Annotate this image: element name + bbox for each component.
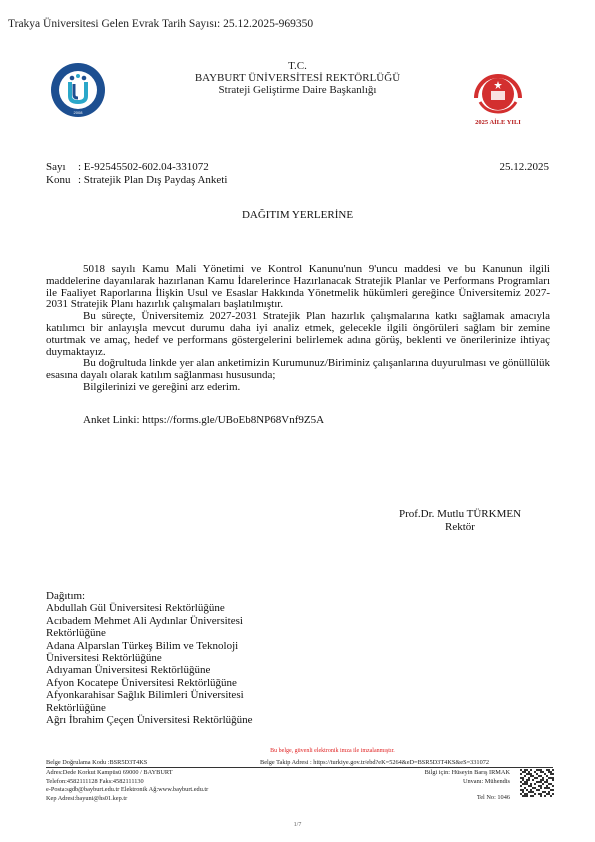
tc-label: T.C. (150, 60, 445, 72)
distribution-item: Acıbadem Mehmet Ali Aydınlar Üniversites… (46, 615, 281, 640)
family-year-logo: 2025 AİLE YILI (466, 64, 530, 128)
body-paragraph: Bu süreçte, Üniversitemiz 2027-2031 Stra… (46, 311, 550, 358)
footer-contact-person: Bilgi için: Hüseyin Barış IRMAK Unvanı: … (380, 769, 510, 803)
bayburt-university-logo: 2008 (50, 62, 106, 118)
distribution-label: Dağıtım: (46, 590, 281, 602)
footer-phone: Telefon:4582111128 Faks:4582111130 (46, 778, 208, 787)
body-paragraph: 5018 sayılı Kamu Mali Yönetimi ve Kontro… (46, 264, 550, 311)
svg-text:2008: 2008 (74, 110, 84, 115)
svg-text:2025 AİLE YILI: 2025 AİLE YILI (475, 119, 521, 126)
signatory-title: Rektör (380, 521, 540, 534)
e-signature-notice: Bu belge, güvenli elektronik imza ile im… (0, 748, 595, 754)
footer-kep: Kep Adresi:bayuni@hs01.kep.tr (46, 795, 208, 804)
body-paragraph: Bilgilerinizi ve gereğini arz ederim. (46, 382, 550, 394)
verification-code: Belge Doğrulama Kodu :BSR5D3T4KS (46, 759, 147, 766)
document-subject: : Stratejik Plan Dış Paydaş Anketi (78, 174, 227, 186)
footer-email: e-Posta:sgdb@bayburt.edu.tr Elektronik A… (46, 786, 208, 795)
document-number: : E-92545502-602.04-331072 (78, 161, 209, 173)
body-paragraph: Bu doğrultuda linkde yer alan anketimizi… (46, 358, 550, 382)
signatory-name: Prof.Dr. Mutlu TÜRKMEN (380, 508, 540, 521)
survey-link[interactable]: Anket Linki: https://forms.gle/UBoEb8NP6… (83, 414, 324, 426)
footer-contact-info: Adres:Dede Korkut Kampüsü 69000 / BAYBUR… (46, 769, 208, 803)
signature-block: Prof.Dr. Mutlu TÜRKMEN Rektör (380, 508, 540, 534)
contact-role: Unvanı: Mühendis (380, 778, 510, 787)
distribution-item: Ağrı İbrahim Çeçen Üniversitesi Rektörlü… (46, 714, 281, 726)
document-meta: Sayı: E-92545502-602.04-331072 Konu: Str… (46, 161, 227, 187)
distribution-list: Dağıtım: Abdullah Gül Üniversitesi Rektö… (46, 590, 281, 726)
recipient-heading: DAĞITIM YERLERİNE (0, 209, 595, 221)
distribution-item: Adana Alparslan Türkeş Bilim ve Teknoloj… (46, 640, 281, 665)
number-label: Sayı (46, 161, 78, 174)
footer-divider (46, 767, 553, 768)
tracking-address[interactable]: Belge Takip Adresi : https://turkiye.gov… (260, 759, 489, 766)
page-number: 1/7 (0, 822, 595, 828)
distribution-item: Afyonkarahisar Sağlık Bilimleri Üniversi… (46, 689, 281, 714)
incoming-document-stamp: Trakya Üniversitesi Gelen Evrak Tarih Sa… (8, 18, 313, 30)
contact-tel: Tel No: 1046 (380, 794, 510, 803)
contact-person: Bilgi için: Hüseyin Barış IRMAK (380, 769, 510, 778)
distribution-item: Abdullah Gül Üniversitesi Rektörlüğüne (46, 602, 281, 614)
qr-code-icon (520, 769, 554, 797)
institution-name: BAYBURT ÜNİVERSİTESİ REKTÖRLÜĞÜ (150, 72, 445, 84)
document-date: 25.12.2025 (500, 161, 550, 173)
letterhead: T.C. BAYBURT ÜNİVERSİTESİ REKTÖRLÜĞÜ Str… (150, 60, 445, 96)
footer-address: Adres:Dede Korkut Kampüsü 69000 / BAYBUR… (46, 769, 208, 778)
distribution-item: Afyon Kocatepe Üniversitesi Rektörlüğüne (46, 677, 281, 689)
letter-body: 5018 sayılı Kamu Mali Yönetimi ve Kontro… (46, 264, 550, 394)
distribution-item: Adıyaman Üniversitesi Rektörlüğüne (46, 664, 281, 676)
department-name: Strateji Geliştirme Daire Başkanlığı (150, 84, 445, 96)
subject-label: Konu (46, 174, 78, 187)
